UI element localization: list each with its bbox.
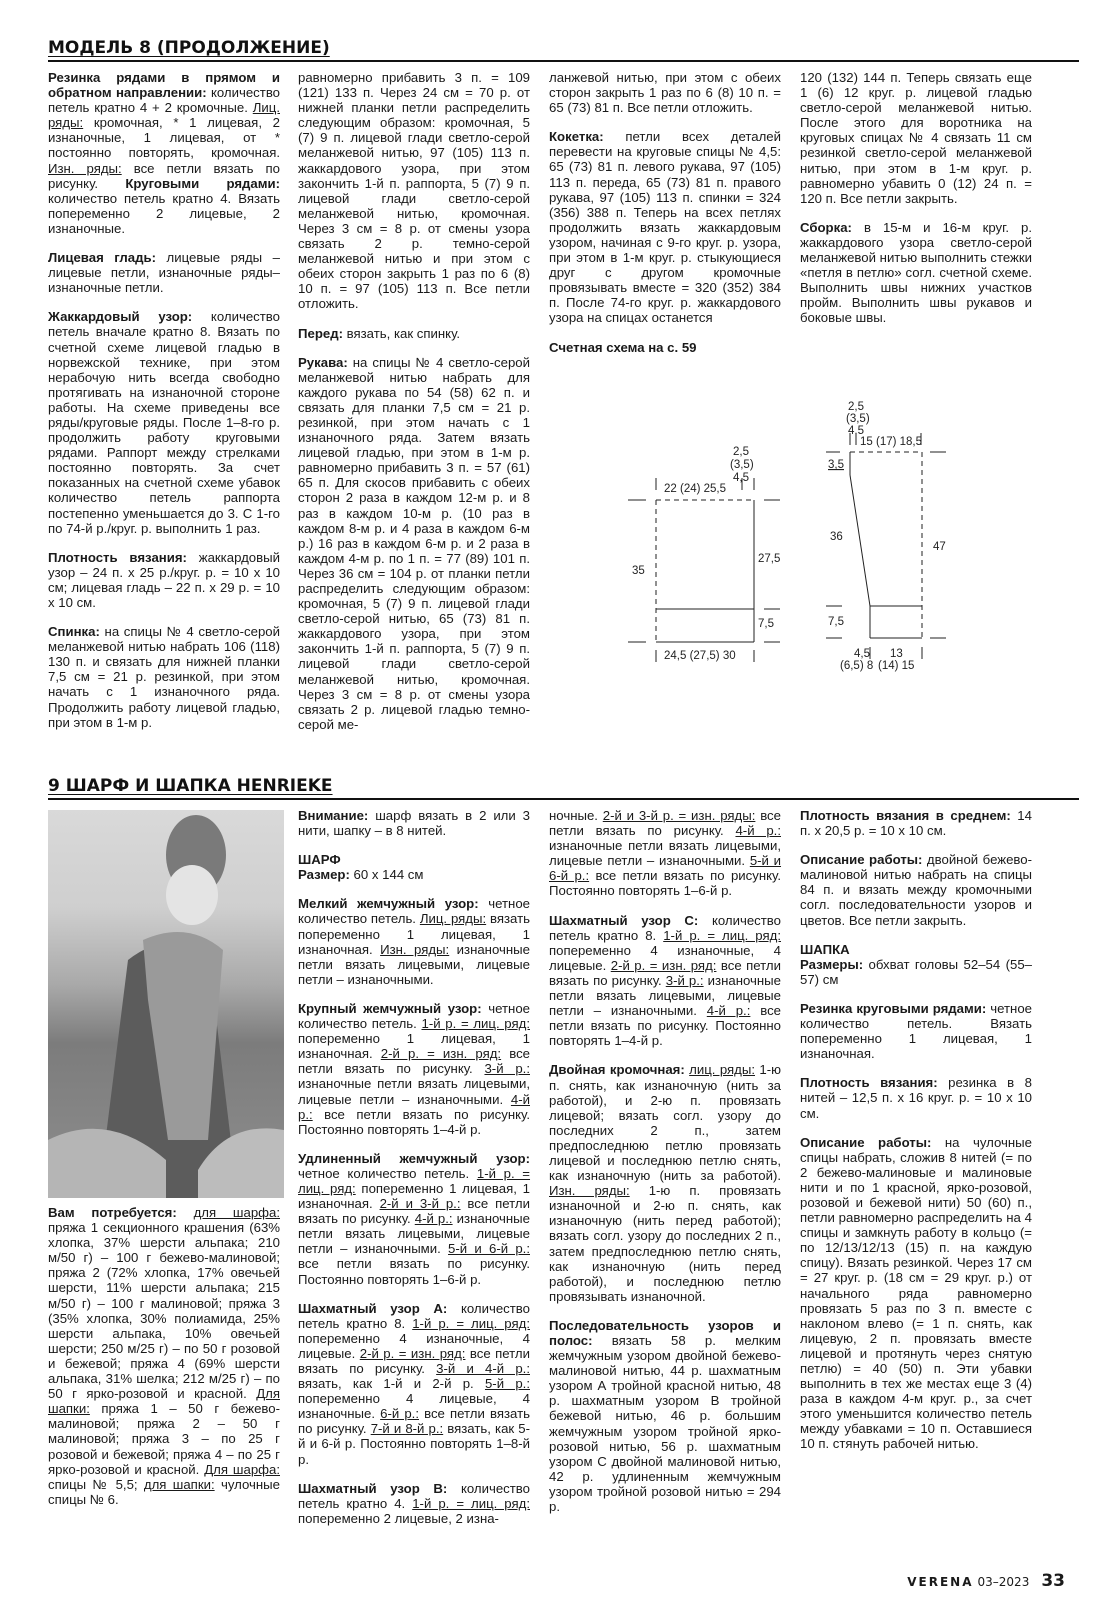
- page-number: 33: [1041, 1571, 1065, 1591]
- dim-sleeve-band: 7,5: [828, 616, 844, 628]
- scarf-column-3: ночные. 2-й и 3-й р. = изн. ряды: все пе…: [549, 808, 781, 1528]
- paragraph-sleeves: Рукава: на спицы № 4 светло-серой меланж…: [298, 355, 530, 732]
- paragraph-front: Перед: вязать, как спинку.: [298, 326, 530, 341]
- section-title-model-8: МОДЕЛЬ 8 (ПРОДОЛЖЕНИЕ): [48, 38, 330, 58]
- dim-upper-height: 27,5: [758, 553, 780, 565]
- dim-shoulder-3: 4,5: [733, 472, 749, 484]
- section-divider: [48, 60, 1079, 62]
- dim-offset-2: (3,5): [846, 413, 870, 425]
- paragraph-checker-c: Шахматный узор С: количество петель крат…: [549, 913, 781, 1049]
- paragraph-attention: Внимание: шарф вязать в 2 или 3 нити, ша…: [298, 808, 530, 838]
- model-silhouette-icon: [48, 810, 284, 1198]
- paragraph-sleeves-cont: ланжевой нитью, при этом с обеих сторон …: [549, 70, 781, 115]
- paragraph-gauge: Плотность вязания: жаккардовый узор – 24…: [48, 550, 280, 610]
- paragraph-back: Спинка: на спицы № 4 светло-серой меланж…: [48, 624, 280, 730]
- body-schematic-diagram: 22 (24) 25,5 2,5 (3,5) 4,5 35 27,5 7,5 2…: [620, 440, 790, 670]
- model8-column-2: равномерно прибавить 3 п. = 109 (121) 13…: [298, 70, 530, 746]
- paragraph-hat-rib: Резинка круговыми рядами: четное количес…: [800, 1001, 1032, 1061]
- section-divider: [48, 798, 1079, 800]
- model-photo: [48, 810, 284, 1198]
- paragraph-hat-gauge: Плотность вязания: резинка в 8 нитей – 1…: [800, 1075, 1032, 1120]
- page-footer: VERENA03–202333: [907, 1571, 1065, 1591]
- scarf-column-4: Плотность вязания в среднем: 14 п. х 20,…: [800, 808, 1032, 1466]
- dim-sleeve-total: 47: [933, 541, 946, 553]
- chart-reference: Счетная схема на с. 59: [549, 340, 781, 355]
- paragraph-seed-large: Крупный жемчужный узор: четное количеств…: [298, 1001, 530, 1137]
- paragraph-double-edge: Двойная кромочная: лиц. ряды: 1-ю п. сня…: [549, 1062, 781, 1304]
- paragraph-checker-b-cont: ночные. 2-й и 3-й р. = изн. ряды: все пе…: [549, 808, 781, 899]
- paragraph-stockinette: Лицевая гладь: лицевые ряды – лицевые пе…: [48, 250, 280, 295]
- dim-bottom-right-1: 13: [890, 648, 903, 660]
- paragraph-back-cont: равномерно прибавить 3 п. = 109 (121) 13…: [298, 70, 530, 312]
- dim-shoulder-2: (3,5): [730, 459, 754, 471]
- paragraph-checker-b: Шахматный узор В: количество петель крат…: [298, 1481, 530, 1526]
- paragraph-jacquard: Жаккардовый узор: количество петель внач…: [48, 309, 280, 535]
- paragraph-rib-flat: Резинка рядами в прямом и обратном напра…: [48, 70, 280, 236]
- model8-column-4: 120 (132) 144 п. Теперь связать еще 1 (6…: [800, 70, 1032, 340]
- dim-slope-height: 36: [830, 531, 843, 543]
- issue-number: 03–2023: [978, 1575, 1030, 1589]
- paragraph-scarf-instructions: Описание работы: двойной бежево-малиново…: [800, 852, 1032, 927]
- paragraph-yoke: Кокетка: петли всех деталей перевести на…: [549, 129, 781, 325]
- dim-sleeve-cap: 3,5: [828, 459, 844, 471]
- scarf-column-1: Вам потребуется: для шарфа: пряжа 1 секц…: [48, 1205, 280, 1521]
- dim-bottom-left-1: 4,5: [854, 648, 870, 660]
- paragraph-checker-a: Шахматный узор А: количество петель крат…: [298, 1301, 530, 1467]
- paragraph-seed-small: Мелкий жемчужный узор: четное количество…: [298, 896, 530, 987]
- dim-band-height: 7,5: [758, 618, 774, 630]
- paragraph-sequence: Последовательность узоров и полос: вязат…: [549, 1318, 781, 1514]
- paragraph-yoke-cont: 120 (132) 144 п. Теперь связать еще 1 (6…: [800, 70, 1032, 206]
- section-title-scarf-hat: 9 ШАРФ И ШАПКА HENRIEKE: [48, 776, 333, 796]
- dim-bottom-width: 24,5 (27,5) 30: [664, 650, 736, 662]
- dim-sleeve-top-width: 15 (17) 18,5: [860, 436, 922, 448]
- dim-top-width: 22 (24) 25,5: [664, 483, 726, 495]
- scarf-column-2: Внимание: шарф вязать в 2 или 3 нити, ша…: [298, 808, 530, 1540]
- paragraph-assembly: Сборка: в 15-м и 16-м круг. р. жаккардов…: [800, 220, 1032, 326]
- paragraph-hat-size: ШАПКАРазмеры: обхват головы 52–54 (55–57…: [800, 942, 1032, 987]
- sleeve-schematic-diagram: 2,5 (3,5) 4,5 15 (17) 18,5 3,5 36 47 7,5…: [820, 395, 960, 675]
- dim-total-height: 35: [632, 565, 645, 577]
- paragraph-scarf-size: ШАРФРазмер: 60 х 144 см: [298, 852, 530, 882]
- model8-column-1: Резинка рядами в прямом и обратном напра…: [48, 70, 280, 744]
- paragraph-hat-instructions: Описание работы: на чулочные спицы набра…: [800, 1135, 1032, 1452]
- dim-bottom-right-2: (14) 15: [878, 660, 914, 672]
- dim-shoulder-1: 2,5: [733, 446, 749, 458]
- paragraph-materials: Вам потребуется: для шарфа: пряжа 1 секц…: [48, 1205, 280, 1507]
- paragraph-seed-long: Удлиненный жемчужный узор: четное количе…: [298, 1151, 530, 1287]
- dim-offset-1: 2,5: [848, 401, 864, 413]
- model8-column-3: ланжевой нитью, при этом с обеих сторон …: [549, 70, 781, 369]
- magazine-brand: VERENA: [907, 1575, 973, 1589]
- paragraph-scarf-gauge: Плотность вязания в среднем: 14 п. х 20,…: [800, 808, 1032, 838]
- dim-bottom-left-2: (6,5) 8: [840, 660, 873, 672]
